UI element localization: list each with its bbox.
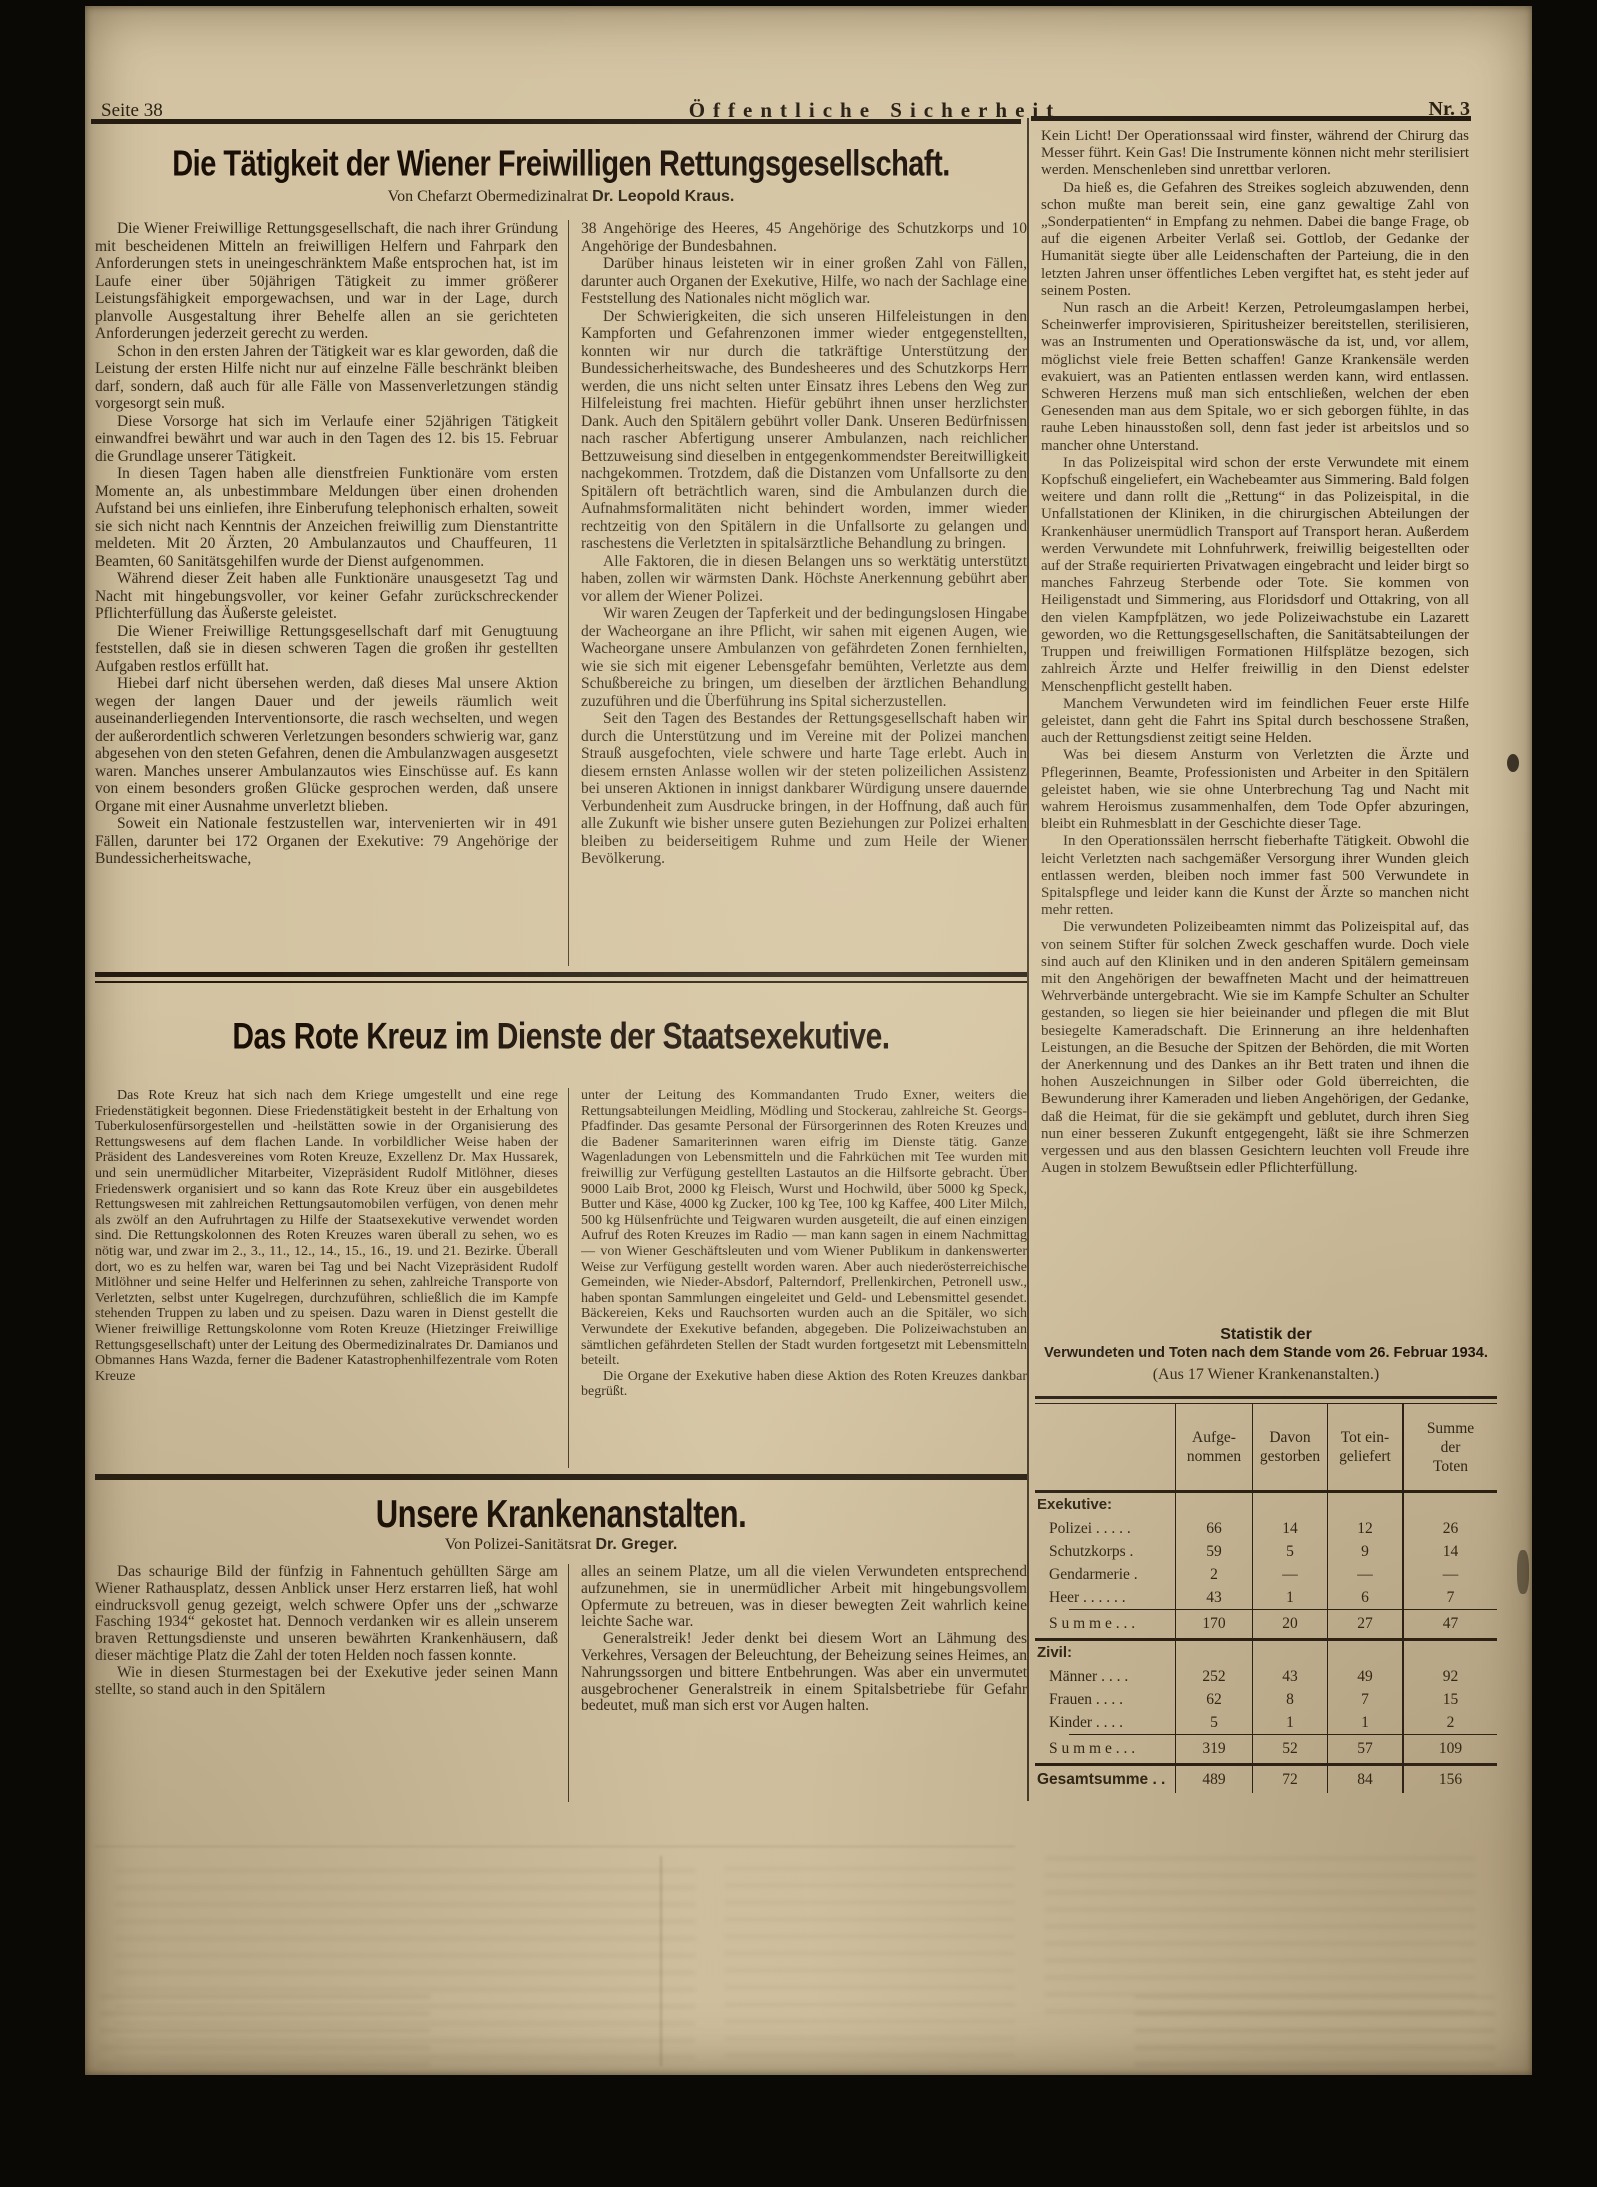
newspaper-page: Seite 38 Öffentliche Sicherheit Nr. 3 Di… — [85, 6, 1532, 2075]
paragraph: Seit den Tagen des Bestandes der Rettung… — [581, 710, 1027, 868]
stats-title-line2: Verwundeten und Toten nach dem Stande vo… — [1035, 1345, 1497, 1361]
paragraph: Hiebei darf nicht übersehen werden, daß … — [95, 675, 558, 815]
paragraph: Schon in den ersten Jahren der Tätigkeit… — [95, 343, 558, 413]
row-label: Schutzkorps . — [1035, 1540, 1175, 1563]
table-row: Heer . . . . . . 43 1 6 7 — [1035, 1586, 1497, 1609]
row-cell: — — [1327, 1563, 1402, 1586]
paragraph: Der Schwierigkeiten, die sich unseren Hi… — [581, 308, 1027, 553]
paragraph: Kein Licht! Der Operationssaal wird fins… — [1041, 128, 1469, 180]
row-cell: 47 — [1402, 1610, 1497, 1638]
table-row: S u m m e . . . 170 20 27 47 — [1035, 1610, 1497, 1638]
article2-column-2: unter der Leitung des Kommandanten Trudo… — [581, 1088, 1027, 1468]
row-cell: 15 — [1402, 1688, 1497, 1711]
table-header-empty — [1035, 1404, 1175, 1490]
stats-subtitle: (Aus 17 Wiener Krankenanstalten.) — [1035, 1366, 1497, 1384]
paper-crease — [660, 1856, 662, 2066]
row-label: Kinder . . . . — [1035, 1711, 1175, 1734]
row-cell: 109 — [1402, 1735, 1497, 1763]
row-cell: 62 — [1175, 1688, 1252, 1711]
paragraph: unter der Leitung des Kommandanten Trudo… — [581, 1088, 1027, 1369]
row-cell: 7 — [1327, 1688, 1402, 1711]
row-cell — [1402, 1493, 1497, 1517]
article3-column-2: alles an seinem Platze, um all die viele… — [581, 1564, 1027, 1802]
article1-column-rule — [568, 220, 569, 966]
paragraph: Manchem Verwundeten wird im feindlichen … — [1041, 696, 1469, 748]
bleed-through-ghost-text — [115, 1864, 695, 2064]
row-cell — [1175, 1493, 1252, 1517]
row-cell: 2 — [1402, 1711, 1497, 1734]
row-cell — [1175, 1641, 1252, 1665]
paper-crease — [95, 1846, 1015, 1847]
bleed-through-ghost-text — [1135, 1996, 1495, 2071]
article1-title: Die Tätigkeit der Wiener Freiwilligen Re… — [95, 144, 1027, 185]
article3-title: Unsere Krankenanstalten. — [95, 1492, 1027, 1537]
row-cell: 319 — [1175, 1735, 1252, 1763]
row-cell: 27 — [1327, 1610, 1402, 1638]
ink-speck — [1507, 754, 1519, 772]
row-cell: — — [1402, 1563, 1497, 1586]
row-cell — [1252, 1641, 1327, 1665]
row-cell: 59 — [1175, 1540, 1252, 1563]
article2-column-1: Das Rote Kreuz hat sich nach dem Kriege … — [95, 1088, 558, 1468]
row-cell: 52 — [1252, 1735, 1327, 1763]
table-header-row: Aufge- nommen Davon gestorben Tot ein- g… — [1035, 1404, 1497, 1490]
paragraph: Wie in diesen Sturmestagen bei der Exeku… — [95, 1665, 558, 1699]
table-row: Männer . . . . 252 43 49 92 — [1035, 1665, 1497, 1688]
row-label: Gendarmerie . — [1035, 1563, 1175, 1586]
row-cell: 252 — [1175, 1665, 1252, 1688]
article1-column-1: Die Wiener Freiwillige Rettungsgesellsch… — [95, 220, 558, 966]
row-cell — [1327, 1493, 1402, 1517]
row-cell: 14 — [1402, 1540, 1497, 1563]
paragraph: 38 Angehörige des Heeres, 45 Angehörige … — [581, 220, 1027, 255]
paragraph: In das Polizeispital wird schon der erst… — [1041, 455, 1469, 696]
table-top-rule — [1035, 1396, 1497, 1404]
row-cell: 43 — [1175, 1586, 1252, 1609]
row-label: Männer . . . . — [1035, 1665, 1175, 1688]
table-row: Polizei . . . . . 66 14 12 26 — [1035, 1517, 1497, 1540]
article1-byline: Von Chefarzt Obermedizinalrat Dr. Leopol… — [95, 188, 1027, 206]
table-row: S u m m e . . . 319 52 57 109 — [1035, 1735, 1497, 1763]
row-cell: 12 — [1327, 1517, 1402, 1540]
row-label: Polizei . . . . . — [1035, 1517, 1175, 1540]
table-row: Gendarmerie . 2 — — — — [1035, 1563, 1497, 1586]
right-continuation-column: Kein Licht! Der Operationssaal wird fins… — [1041, 128, 1469, 1324]
row-cell: 43 — [1252, 1665, 1327, 1688]
row-cell: 170 — [1175, 1610, 1252, 1638]
paragraph: Das Rote Kreuz hat sich nach dem Kriege … — [95, 1088, 558, 1384]
byline-prefix: Von Polizei-Sanitätsrat — [445, 1536, 596, 1553]
row-label: S u m m e . . . — [1035, 1610, 1175, 1638]
row-label: Heer . . . . . . — [1035, 1586, 1175, 1609]
paragraph: In diesen Tagen haben alle dienstfreien … — [95, 465, 558, 570]
paragraph: Das schaurige Bild der fünfzig in Fahnen… — [95, 1564, 558, 1665]
bleed-through-ghost-text — [100, 1991, 430, 2071]
row-cell: 84 — [1327, 1766, 1402, 1793]
row-cell: 1 — [1252, 1586, 1327, 1609]
row-cell: 1 — [1327, 1711, 1402, 1734]
table-row: Frauen . . . . 62 8 7 15 — [1035, 1688, 1497, 1711]
bleed-through-ghost-text — [1045, 1848, 1475, 2018]
article3-byline: Von Polizei-Sanitätsrat Dr. Greger. — [95, 1536, 1027, 1554]
row-label: S u m m e . . . — [1035, 1735, 1175, 1763]
paragraph: alles an seinem Platze, um all die viele… — [581, 1564, 1027, 1631]
row-cell — [1252, 1493, 1327, 1517]
row-cell: 7 — [1402, 1586, 1497, 1609]
row-cell: 26 — [1402, 1517, 1497, 1540]
article2-column-rule — [568, 1088, 569, 1468]
section-separator-rule — [95, 1474, 1027, 1480]
table-header-tot-eingeliefert: Tot ein- geliefert — [1327, 1404, 1402, 1490]
table-header-aufgenommen: Aufge- nommen — [1175, 1404, 1252, 1490]
row-cell: — — [1252, 1563, 1327, 1586]
row-cell: 49 — [1327, 1665, 1402, 1688]
row-label: Frauen . . . . — [1035, 1688, 1175, 1711]
row-cell: 66 — [1175, 1517, 1252, 1540]
paragraph: Generalstreik! Jeder denkt bei diesem Wo… — [581, 1631, 1027, 1715]
statistics-table: Aufge- nommen Davon gestorben Tot ein- g… — [1035, 1396, 1497, 1793]
row-cell: 5 — [1175, 1711, 1252, 1734]
row-cell: 1 — [1252, 1711, 1327, 1734]
row-cell: 92 — [1402, 1665, 1497, 1688]
row-cell: 156 — [1402, 1766, 1497, 1793]
table-header-davon-gestorben: Davon gestorben — [1252, 1404, 1327, 1490]
table-header-summe-der-toten: Summe der Toten — [1402, 1404, 1497, 1490]
row-label: Gesamtsumme . . — [1035, 1766, 1175, 1793]
ink-speck — [1517, 1550, 1529, 1594]
row-cell: 8 — [1252, 1688, 1327, 1711]
byline-prefix: Von Chefarzt Obermedizinalrat — [388, 188, 593, 205]
row-cell — [1402, 1641, 1497, 1665]
paragraph: Alle Faktoren, die in diesen Belangen un… — [581, 553, 1027, 606]
paragraph: Soweit ein Nationale festzustellen war, … — [95, 815, 558, 868]
paragraph: Die Organe der Exekutive haben diese Akt… — [581, 1369, 1027, 1400]
paragraph: Nun rasch an die Arbeit! Kerzen, Petrole… — [1041, 300, 1469, 455]
table-row: Schutzkorps . 59 5 9 14 — [1035, 1540, 1497, 1563]
article2-title: Das Rote Kreuz im Dienste der Staatsexek… — [95, 1016, 1027, 1059]
row-cell — [1327, 1641, 1402, 1665]
row-cell: 489 — [1175, 1766, 1252, 1793]
main-column-divider — [1027, 118, 1029, 1801]
table-row-gesamtsumme: Gesamtsumme . . 489 72 84 156 — [1035, 1766, 1497, 1793]
paragraph: Was bei diesem Ansturm von Verletzten di… — [1041, 747, 1469, 833]
article3-column-1: Das schaurige Bild der fünfzig in Fahnen… — [95, 1564, 558, 1802]
stats-title-line1: Statistik der — [1035, 1326, 1497, 1344]
paragraph: Da hieß es, die Gefahren des Streikes so… — [1041, 180, 1469, 300]
paragraph: In den Operationssälen herrscht fieberha… — [1041, 833, 1469, 919]
article3-column-rule — [568, 1564, 569, 1802]
table-row: Exekutive: — [1035, 1493, 1497, 1517]
bleed-through-ghost-text — [725, 1854, 1015, 2062]
header-rule-right — [1031, 116, 1471, 121]
newspaper-scan: { "header": { "page_label": "Seite 38", … — [0, 0, 1597, 2187]
section-separator-rule — [95, 972, 1027, 983]
row-cell: 6 — [1327, 1586, 1402, 1609]
row-cell: 2 — [1175, 1563, 1252, 1586]
row-cell: 57 — [1327, 1735, 1402, 1763]
row-cell: 5 — [1252, 1540, 1327, 1563]
row-cell: 9 — [1327, 1540, 1402, 1563]
paragraph: Die Wiener Freiwillige Rettungsgesellsch… — [95, 220, 558, 343]
paragraph: Wir waren Zeugen der Tapferkeit und der … — [581, 605, 1027, 710]
row-label: Zivil: — [1035, 1641, 1175, 1665]
paragraph: Die verwundeten Polizeibeamten nimmt das… — [1041, 919, 1469, 1177]
byline-author-name: Dr. Leopold Kraus. — [592, 188, 734, 205]
paragraph: Diese Vorsorge hat sich im Verlaufe eine… — [95, 413, 558, 466]
header-rule-left — [91, 119, 1021, 124]
paragraph: Während dieser Zeit haben alle Funktionä… — [95, 570, 558, 623]
row-cell: 20 — [1252, 1610, 1327, 1638]
table-row: Kinder . . . . 5 1 1 2 — [1035, 1711, 1497, 1734]
row-cell: 72 — [1252, 1766, 1327, 1793]
row-cell: 14 — [1252, 1517, 1327, 1540]
table-row: Zivil: — [1035, 1641, 1497, 1665]
byline-author-name: Dr. Greger. — [595, 1536, 677, 1553]
paragraph: Die Wiener Freiwillige Rettungsgesellsch… — [95, 623, 558, 676]
row-label: Exekutive: — [1035, 1493, 1175, 1517]
article1-column-2: 38 Angehörige des Heeres, 45 Angehörige … — [581, 220, 1027, 966]
paragraph: Darüber hinaus leisteten wir in einer gr… — [581, 255, 1027, 308]
